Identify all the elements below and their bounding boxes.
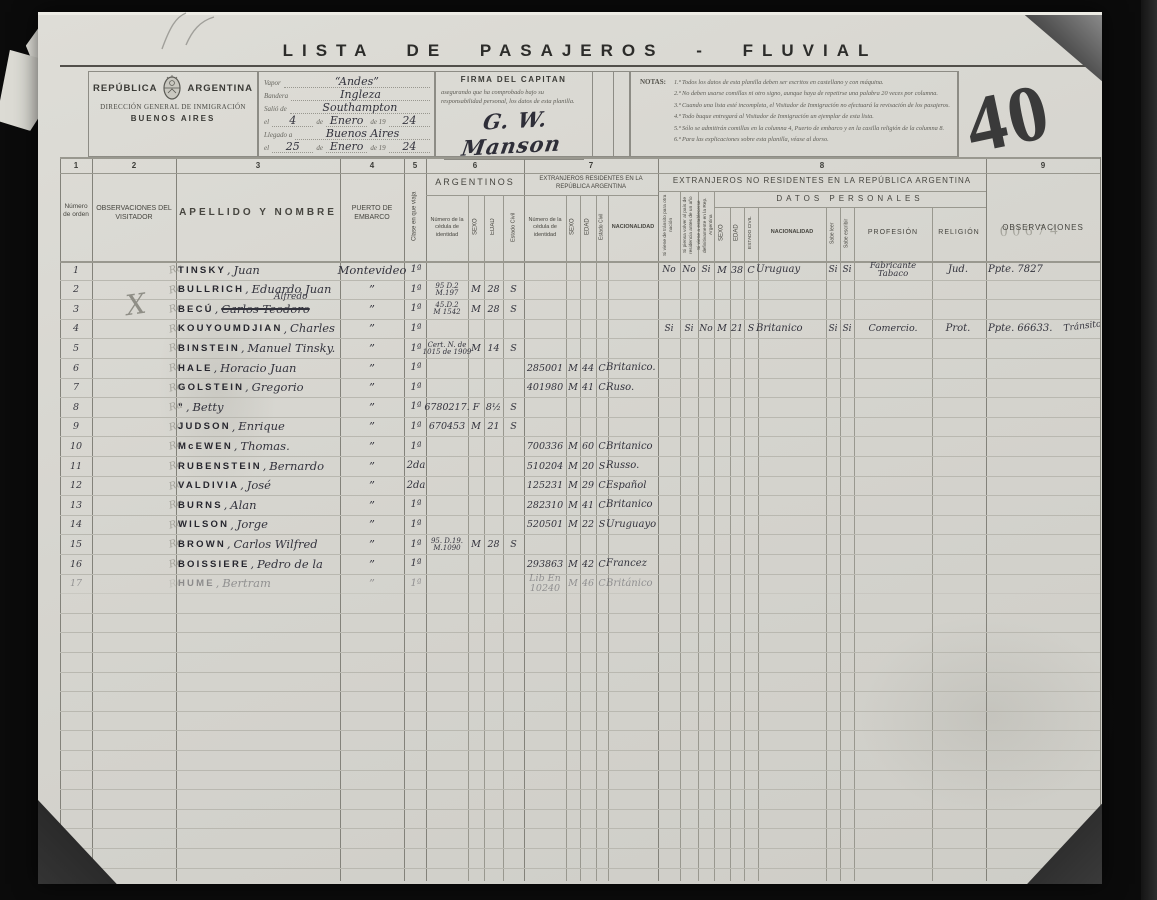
cell-puerto: ” (340, 379, 404, 398)
nota-item: 4.ª Todo buque entregará al Visitador de… (674, 111, 952, 122)
table-row: 13RaBURNS,Alan”1ª282310M41CBritanico (60, 496, 1100, 516)
cell-rel: Prot. (930, 320, 986, 339)
photo-right-edge (1141, 0, 1157, 900)
cell-order-number: 11 (60, 457, 92, 476)
cell-observaciones: Ppte. 66633.Tránsito Chile (988, 320, 1100, 339)
observaciones-text: Ppte. 7827 (988, 265, 1043, 275)
header-cedula-argentinos: Número de la cédula de identidad (426, 199, 468, 257)
cell-line: M.197 (436, 290, 459, 297)
agency-department: DIRECCIÓN GENERAL DE INMIGRACIÓN (88, 103, 258, 111)
cell-re: 60 (580, 437, 596, 456)
cell-name: HUME,Bertram (178, 575, 360, 594)
captain-signature: G. W. Manson (433, 104, 594, 162)
cell-aec: S (503, 535, 524, 554)
passenger-surname: BULLRICH (178, 285, 244, 295)
nota-item: 2.ª No deben usarse comillas ni otro sig… (674, 88, 952, 99)
ship-field-row: Vapor“Andes” (264, 75, 430, 88)
header-sexo: SEXO (468, 195, 484, 259)
header-edad: EDAD (580, 195, 596, 259)
passenger-surname: GOLSTEIN (178, 383, 244, 393)
table-row-empty (60, 731, 1100, 751)
cell-rc: 700336 (522, 437, 568, 456)
passenger-given-name: Thomas. (240, 441, 289, 453)
table-row: 10RaMcEWEN,Thomas.”1ª700336M60CBritanico (60, 437, 1100, 457)
header-edad: EDAD (484, 195, 503, 259)
cell-e3: No (698, 320, 714, 339)
passenger-surname: BINSTEIN (178, 344, 240, 354)
cell-name: McEWEN,Thomas. (178, 437, 360, 456)
field-label: Salió de (264, 105, 287, 114)
cell-as: M (468, 300, 484, 319)
cell-aec: S (503, 339, 524, 358)
header-sexo: SEXO (714, 207, 730, 259)
passenger-surname: KOUYOUMDJIAN (178, 324, 283, 334)
field-label: de (316, 118, 323, 127)
cell-e1: Si (658, 320, 680, 339)
cell-clase: 2da (404, 477, 428, 496)
table-row-empty (60, 653, 1100, 673)
cell-order-number: 16 (60, 555, 92, 574)
passenger-surname: BECÚ (178, 305, 214, 315)
header-establecerse-definitivamente: Si viene a establecerse definitivamente … (698, 191, 714, 259)
passenger-surname: VALDIVIA (178, 481, 239, 491)
cell-ac: 6780217. (424, 398, 470, 417)
cell-line: 10240 (530, 584, 560, 594)
cell-order-number: 4 (60, 320, 92, 339)
name-comma: , (245, 284, 249, 295)
header-sexo: SEXO (566, 195, 580, 259)
cell-ee: 38 (730, 261, 744, 280)
header-puerto-de-embarco: PUERTO DE EMBARCO (340, 185, 404, 241)
header-religion: RELIGIÓN (932, 207, 986, 259)
agency-block: REPÚBLICA ARGENTINA DIRECCIÓN GENERAL DE… (88, 73, 258, 123)
argentina-coat-of-arms-icon (162, 75, 182, 101)
nota-item: 6.ª Para las explicaciones sobre esta pl… (674, 134, 952, 145)
cell-rnac: Francez (606, 555, 670, 574)
name-comma: , (263, 461, 267, 472)
ship-field-row: BanderaIngleza (264, 88, 430, 101)
cell-puerto: ” (340, 418, 404, 437)
table-row: 12RaVALDIVIA,José”2da125231M29CEspañol (60, 477, 1100, 497)
passenger-surname: BOISSIERE (178, 560, 250, 570)
cell-puerto: ” (340, 516, 404, 535)
passenger-given-name: Betty (192, 402, 223, 414)
cell-order-number: 7 (60, 379, 92, 398)
passenger-given-name: Carlos Wilfred (233, 539, 317, 551)
cell-ae: 14 (484, 339, 503, 358)
header-observaciones: OBSERVACIONES (986, 199, 1100, 257)
name-comma: , (215, 304, 219, 315)
cell-ac: Cert. N. de1015 de 1909 (424, 339, 470, 358)
table-row-empty (60, 673, 1100, 693)
cell-ac: 45.D.2M 1542 (424, 300, 470, 319)
table-row: 14RaWILSON,Jorge”1ª520501M22SUruguayo (60, 516, 1100, 536)
table-row-empty (60, 692, 1100, 712)
cell-rc: Lib En10240 (522, 575, 568, 594)
cell-rel: Jud. (930, 261, 986, 280)
cell-puerto: ” (340, 437, 404, 456)
name-comma: , (240, 480, 244, 491)
cell-line: 1015 de 1909 (423, 349, 472, 356)
cell-rc: 285001 (522, 359, 568, 378)
cell-name: BULLRICH,Eduardo Juan (178, 281, 360, 300)
table-row-empty (60, 594, 1100, 614)
page-title: LISTA DE PASAJEROS - FLUVIAL (60, 41, 1100, 61)
cell-order-number: 17 (60, 575, 92, 594)
name-comma: , (245, 382, 249, 393)
cell-clase: 1ª (404, 320, 428, 339)
divider (613, 71, 614, 157)
cell-aec: S (503, 418, 524, 437)
cell-puerto: Montevideo (340, 261, 404, 280)
agency-city: BUENOS AIRES (88, 114, 258, 123)
cell-re: 41 (580, 379, 596, 398)
captain-title: FIRMA DEL CAPITAN (437, 75, 590, 84)
cell-line: M.1090 (433, 545, 460, 552)
cell-puerto: ” (340, 300, 404, 319)
cell-es: M (714, 261, 730, 280)
grid-line-vertical (1100, 157, 1101, 881)
cell-puerto: ” (340, 477, 404, 496)
visitor-x-mark: X (124, 287, 148, 322)
corrected-given-name: Alfredo (274, 293, 308, 302)
passenger-surname: RUBENSTEIN (178, 462, 262, 472)
passenger-table: 123456789Número de ordenOBSERVACIONES DE… (60, 157, 1100, 881)
field-value-handwritten: Ingleza (291, 89, 430, 101)
cell-clase: 1ª (404, 437, 428, 456)
cell-prof: FabricanteTabaco (852, 261, 934, 280)
cell-re: 41 (580, 496, 596, 515)
cell-enac: Uruguay (756, 261, 826, 280)
cell-name: BECÚ,Carlos TeodoroAlfredo (178, 300, 360, 319)
cell-e1: No (658, 261, 680, 280)
passenger-surname: McEWEN (178, 442, 233, 452)
field-value-handwritten: 25 (272, 141, 313, 153)
cell-ae: 21 (484, 418, 503, 437)
cell-order-number: 10 (60, 437, 92, 456)
header-estado-civil: Estado Civil (596, 195, 608, 259)
table-row-empty (60, 810, 1100, 830)
cell-clase: 2da (404, 457, 428, 476)
table-row-empty (60, 751, 1100, 771)
cell-rc: 520501 (522, 516, 568, 535)
cell-rnac: Britanico (606, 496, 670, 515)
captain-subtext: asegurando que ha comprobado bajo su res… (437, 89, 590, 106)
table-row: 3RaXBECÚ,Carlos TeodoroAlfredo”1ª45.D.2M… (60, 300, 1100, 320)
header-cedula-extranjeros: Número de la cédula de identidad (524, 199, 566, 257)
cell-es: M (714, 320, 730, 339)
cell-name: GOLSTEIN,Gregorio (178, 379, 360, 398)
passenger-surname: ” (178, 403, 185, 413)
table-row: 5RaBINSTEIN,Manuel Tinsky.”1ªCert. N. de… (60, 339, 1100, 359)
passenger-given-name: Pedro de la (257, 559, 323, 571)
passenger-given-name: José (247, 480, 271, 492)
cell-name: BURNS,Alan (178, 496, 360, 515)
passenger-given-name: Manuel Tinsky. (247, 343, 335, 355)
table-row: 4RaKOUYOUMDJIAN,Charles”1ªSiSiNoM21SBrit… (60, 320, 1100, 340)
cell-re: 29 (580, 477, 596, 496)
agency-name-left: REPÚBLICA (93, 83, 157, 94)
title-rule (60, 65, 1100, 67)
cell-name: BINSTEIN,Manuel Tinsky. (178, 339, 360, 358)
table-row: 6RaHALE,Horacio Juan”1ª285001M44CBritani… (60, 359, 1100, 379)
cell-rnac: Uruguayo (606, 516, 670, 535)
cell-as: M (468, 281, 484, 300)
cell-rnac: Ruso. (606, 379, 670, 398)
cell-name: BROWN,Carlos Wilfred (178, 535, 360, 554)
cell-rnac: Español (606, 477, 670, 496)
field-value-handwritten: Southampton (290, 102, 430, 114)
cell-rs: M (566, 496, 580, 515)
table-row: 7RaGOLSTEIN,Gregorio”1ª401980M41CRuso. (60, 379, 1100, 399)
cell-clase: 1ª (404, 575, 428, 594)
table-row: 11RaRUBENSTEIN,Bernardo”2da510204M20SRus… (60, 457, 1100, 477)
cell-order-number: 8 (60, 398, 92, 417)
cell-rs: M (566, 575, 580, 594)
table-body: 1RaTINSKY,JuanMontevideo1ªNoNoSiM38CUrug… (60, 261, 1100, 881)
ship-field-row: Salió deSouthampton (264, 101, 430, 114)
cell-ee: 21 (730, 320, 744, 339)
passenger-surname: TINSKY (178, 266, 226, 276)
header-nacionalidad: NACIONALIDAD (758, 207, 826, 259)
column-number: 5 (404, 158, 426, 172)
cell-puerto: ” (340, 359, 404, 378)
passenger-given-name: Bertram (222, 578, 271, 590)
page-number-stamp: 40 (959, 71, 1058, 167)
field-label: de 19 (370, 118, 385, 127)
table-row: 17RaHUME,Bertram”1ªLib En10240M46CBritán… (60, 575, 1100, 595)
cell-rs: M (566, 477, 580, 496)
header-transito-otra-nacion: Si viene de tránsito para otra nación (658, 191, 680, 259)
passenger-given-name: Enrique (238, 421, 285, 433)
header-sabe-leer: Sabe leer (826, 207, 840, 259)
cell-rnac: Britanico (606, 437, 670, 456)
observaciones-text: Ppte. 66633. (988, 324, 1052, 334)
captain-block: FIRMA DEL CAPITAN asegurando que ha comp… (437, 75, 590, 160)
field-value-handwritten: 4 (272, 115, 313, 127)
passenger-given-name: Charles (290, 323, 335, 335)
cell-as: F (468, 398, 484, 417)
cell-clase: 1ª (404, 261, 428, 280)
name-comma: , (224, 500, 228, 511)
cell-e2: No (680, 261, 698, 280)
cell-order-number: 6 (60, 359, 92, 378)
cell-clase: 1ª (404, 516, 428, 535)
cell-puerto: ” (340, 281, 404, 300)
cell-rs: M (566, 359, 580, 378)
header-extranjeros-residentes: EXTRANJEROS RESIDENTES EN LA REPÚBLICA A… (524, 173, 658, 195)
table-row: 8Ra”,Betty”1ª6780217.F8½S (60, 398, 1100, 418)
cell-lee: Si (826, 261, 840, 280)
field-label: Bandera (264, 92, 288, 101)
column-number: 2 (92, 158, 176, 172)
cell-rnac: Británico (606, 575, 670, 594)
field-label: de (316, 144, 323, 153)
name-comma: , (232, 422, 236, 433)
observaciones-annotation: Tránsito Chile (1064, 317, 1100, 334)
nota-item: 1.ª Todos los datos de esta planilla deb… (674, 77, 952, 88)
agency-name-right: ARGENTINA (187, 83, 252, 94)
table-row: 1RaTINSKY,JuanMontevideo1ªNoNoSiM38CUrug… (60, 261, 1100, 281)
cell-rs: M (566, 379, 580, 398)
name-comma: , (227, 539, 231, 550)
field-label: el (264, 144, 269, 153)
ship-field-row: el4deEnerode 1924 (264, 114, 430, 127)
cell-ae: 8½ (484, 398, 503, 417)
header-estado-civil: Estado Civil (503, 195, 524, 259)
cell-ac: 95 D.2M.197 (424, 281, 470, 300)
table-row-empty (60, 829, 1100, 849)
passenger-given-name: Gregorio (252, 382, 304, 394)
cell-clase: 1ª (404, 359, 428, 378)
cell-as: M (468, 535, 484, 554)
cell-puerto: ” (340, 555, 404, 574)
cell-order-number: 3 (60, 300, 92, 319)
nota-item: 5.ª Sólo se admitirán comillas en la col… (674, 123, 952, 134)
header-extranjeros-no-residentes: EXTRANJEROS NO RESIDENTES EN LA REPÚBLIC… (658, 174, 986, 189)
cell-aec: S (503, 300, 524, 319)
header-observaciones-visitador: OBSERVACIONES DEL VISITADOR (92, 185, 176, 241)
cell-aec: S (503, 398, 524, 417)
cell-rs: M (566, 457, 580, 476)
cell-line: Tabaco (878, 270, 908, 279)
field-value-handwritten: 24 (389, 115, 430, 127)
name-comma: , (241, 343, 245, 354)
cell-re: 42 (580, 555, 596, 574)
notas-list: 1.ª Todos los datos de esta planilla deb… (674, 77, 952, 145)
cell-rc: 125231 (522, 477, 568, 496)
field-value-handwritten: Enero (326, 141, 367, 153)
passenger-surname: WILSON (178, 520, 229, 530)
field-label: de 19 (370, 144, 385, 153)
cell-name: JUDSON,Enrique (178, 418, 360, 437)
header-nacionalidad: NACIONALIDAD (608, 199, 658, 257)
passenger-surname: JUDSON (178, 422, 231, 432)
cell-re: 44 (580, 359, 596, 378)
cell-puerto: ” (340, 496, 404, 515)
ship-field-row: el25deEnerode 1924 (264, 140, 430, 153)
cell-re: 46 (580, 575, 596, 594)
cell-enac: Britanico (756, 320, 826, 339)
cell-order-number: 9 (60, 418, 92, 437)
cell-clase: 1ª (404, 496, 428, 515)
field-value-handwritten: “Andes” (284, 76, 430, 88)
header-clase-en-que-viaja: Clase en que viaja (404, 175, 426, 257)
header-sabe-escribir: Sabe escribir (840, 207, 854, 259)
header-argentinos: ARGENTINOS (426, 174, 524, 192)
cell-ae: 28 (484, 535, 503, 554)
archival-photo-stage: LISTA DE PASAJEROS - FLUVIAL REPÚBLICA A… (0, 0, 1157, 900)
cell-rc: 401980 (522, 379, 568, 398)
passenger-given-name: Jorge (237, 519, 268, 531)
column-number: 8 (658, 158, 986, 172)
cell-ae: 28 (484, 281, 503, 300)
header-estado-civil: ESTADO CIVIL (744, 207, 758, 259)
cell-puerto: ” (340, 398, 404, 417)
header-edad: EDAD (730, 207, 744, 259)
cell-clase: 1ª (404, 379, 428, 398)
cell-aec: S (503, 281, 524, 300)
header-numero-de-orden: Número de orden (60, 175, 92, 247)
cell-rc: 510204 (522, 457, 568, 476)
table-row: 2RaBULLRICH,Eduardo Juan”1ª95 D.2M.197M2… (60, 281, 1100, 301)
passenger-surname: HUME (178, 579, 215, 589)
cell-as: M (468, 339, 484, 358)
notas-label: NOTAS: (640, 78, 666, 86)
cell-rs: M (566, 555, 580, 574)
table-row: 15RaBROWN,Carlos Wilfred”1ª95. D.19.M.10… (60, 535, 1100, 555)
passenger-given-name: Juan (234, 265, 260, 277)
column-number: 9 (986, 158, 1100, 172)
cell-line: M 1542 (433, 309, 460, 316)
header-piensa-volver: Si piensa volver al país de residencia a… (680, 191, 698, 259)
cell-name: TINSKY,Juan (178, 261, 360, 280)
cell-prof: Comercio. (852, 320, 934, 339)
column-number: 3 (176, 158, 340, 172)
cell-ae: 28 (484, 300, 503, 319)
column-number: 6 (426, 158, 524, 172)
cell-e3: Si (698, 261, 714, 280)
column-number: 4 (340, 158, 404, 172)
cell-order-number: 14 (60, 516, 92, 535)
cell-rs: M (566, 437, 580, 456)
cell-name: BOISSIERE,Pedro de la (178, 555, 360, 574)
grid-line-horizontal (426, 195, 658, 196)
name-comma: , (251, 559, 255, 570)
passenger-given-name: Bernardo (269, 461, 324, 473)
cell-e2: Si (680, 320, 698, 339)
cell-name: ”,Betty (178, 398, 360, 417)
cell-re: 20 (580, 457, 596, 476)
cell-ac: 670453 (424, 418, 470, 437)
cell-order-number: 2 (60, 281, 92, 300)
cell-rc: 293863 (522, 555, 568, 574)
cell-rnac: Britanico. (606, 359, 670, 378)
table-row-empty (60, 712, 1100, 732)
column-number: 7 (524, 158, 658, 172)
cell-name: KOUYOUMDJIAN,Charles (178, 320, 360, 339)
notas-block: NOTAS: 1.ª Todos los datos de esta plani… (630, 73, 958, 145)
cell-lee: Si (826, 320, 840, 339)
ship-field-row: Llegado aBuenos Aires (264, 127, 430, 140)
passenger-given-name: Alan (230, 500, 256, 512)
column-number: 1 (60, 158, 92, 172)
cell-observaciones: Ppte. 7827 (988, 261, 1100, 280)
table-row-empty (60, 633, 1100, 653)
cell-name: VALDIVIA,José (178, 477, 360, 496)
table-row-empty (60, 790, 1100, 810)
passenger-given-name: Carlos Teodoro (221, 304, 310, 316)
field-value-handwritten: 24 (389, 141, 430, 153)
cell-puerto: ” (340, 575, 404, 594)
cell-name: RUBENSTEIN,Bernardo (178, 457, 360, 476)
passenger-given-name: Horacio Juan (220, 363, 296, 375)
cell-order-number: 13 (60, 496, 92, 515)
name-comma: , (230, 520, 234, 531)
cell-clase: 1ª (404, 555, 428, 574)
header-profesion: PROFESIÓN (854, 207, 932, 259)
cell-as: M (468, 418, 484, 437)
cell-puerto: ” (340, 457, 404, 476)
header-apellido-y-nombre: APELLIDO Y NOMBRE (176, 197, 340, 227)
table-row: 16RaBOISSIERE,Pedro de la”1ª293863M42CFr… (60, 555, 1100, 575)
cell-ac: 95. D.19.M.1090 (424, 535, 470, 554)
ship-fields: Vapor“Andes”BanderaInglezaSalió deSoutha… (264, 75, 430, 153)
name-comma: , (214, 363, 218, 374)
table-row: 9RaJUDSON,Enrique”1ª670453M21S (60, 418, 1100, 438)
cell-puerto: ” (340, 535, 404, 554)
field-label: Vapor (264, 79, 281, 88)
